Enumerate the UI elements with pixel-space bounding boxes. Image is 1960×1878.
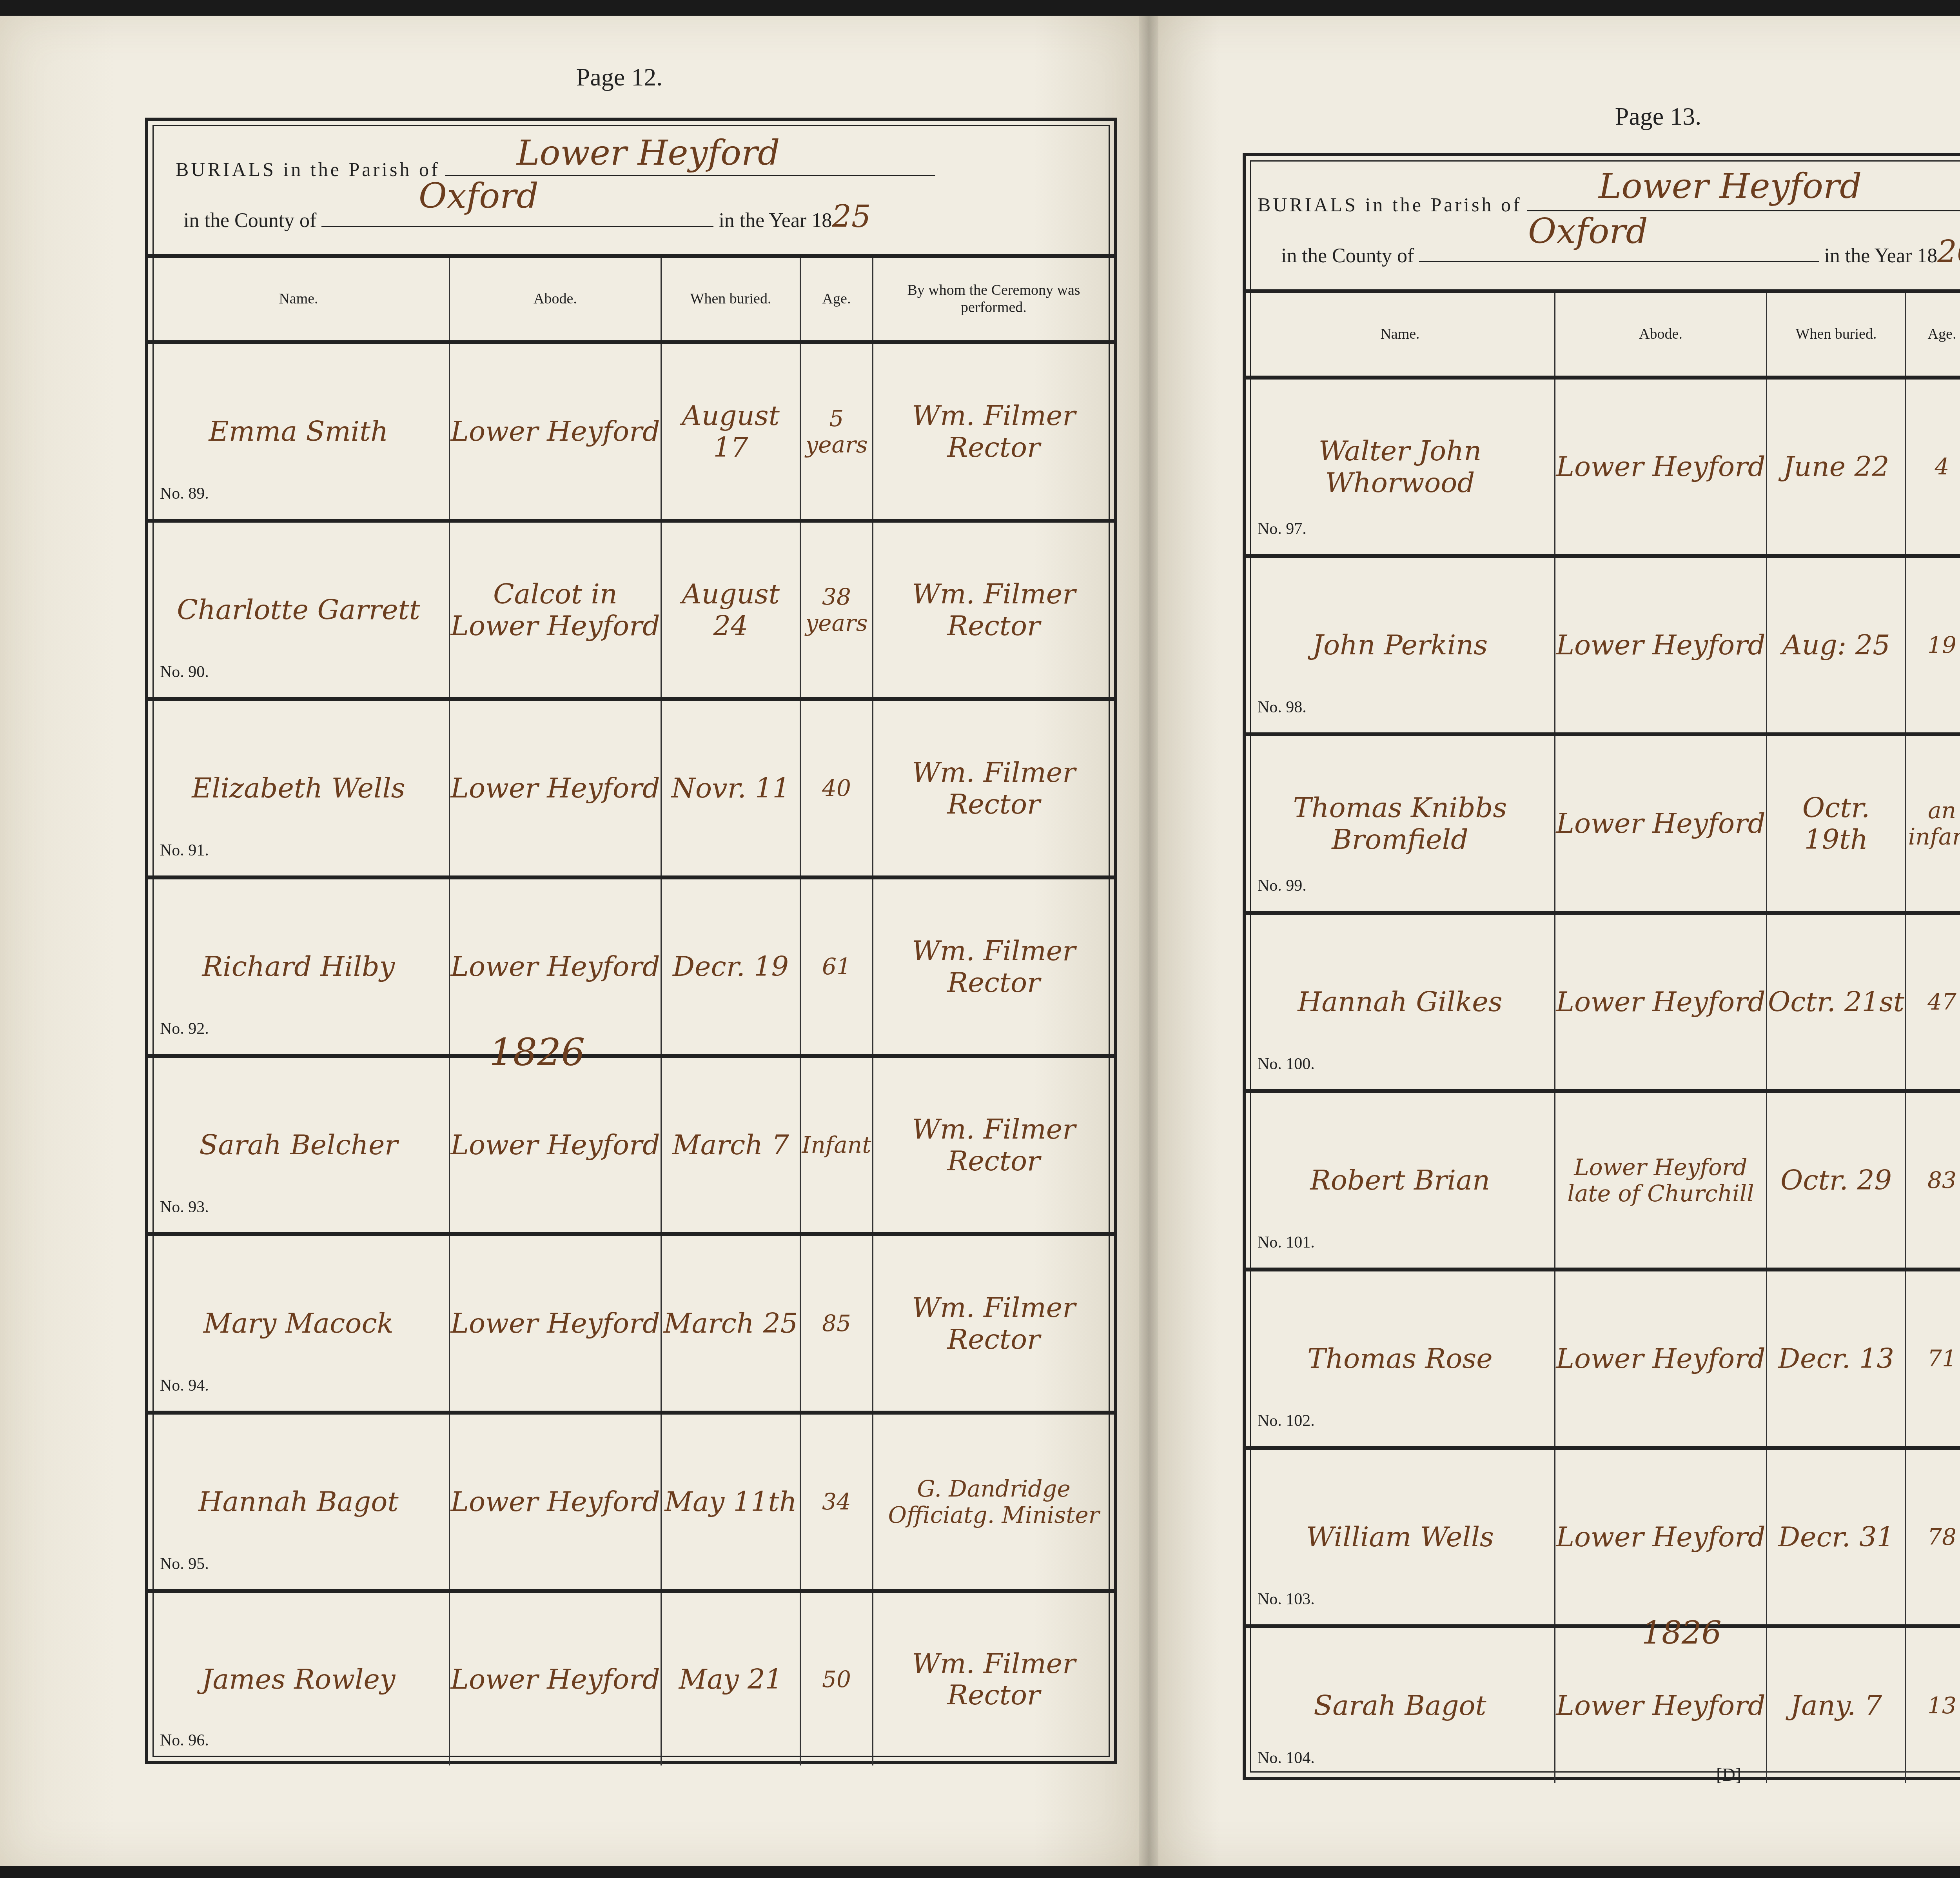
entry-officiant: Wm. Filmer Rector: [873, 578, 1114, 641]
entry-age: an infant: [1906, 797, 1960, 850]
table-row: Emma Smith No. 89. Lower Heyford August …: [148, 344, 1114, 523]
signature-mark: [D]: [1690, 1764, 1768, 1785]
parish-value: Lower Heyford: [1599, 166, 1862, 206]
entry-when-buried: Jany. 7: [1790, 1690, 1882, 1722]
entry-abode: Calcot in Lower Heyford: [450, 578, 661, 641]
entry-name: Mary Macock: [203, 1308, 394, 1339]
entry-officiant: Wm. Filmer Rector: [873, 1648, 1114, 1711]
entry-age: 83: [1927, 1167, 1956, 1193]
entry-when-buried: Decr. 19: [673, 951, 789, 983]
entry-when-buried: June 22: [1783, 451, 1889, 483]
left-page: Page 12. BURIALS in the Parish of Lower …: [0, 16, 1149, 1866]
county-label: in the County of: [1281, 245, 1414, 267]
entry-officiant: Wm. Filmer Rector: [873, 400, 1114, 463]
column-headers: Name. Abode. When buried. Age. By whom t…: [148, 258, 1114, 344]
entry-number: No. 94.: [160, 1376, 209, 1395]
entry-abode: Lower Heyford: [1556, 808, 1765, 839]
right-page: Page 13. BURIALS in the Parish of Lower …: [1149, 16, 1960, 1866]
entry-abode: Lower Heyford: [1556, 1343, 1765, 1375]
entry-when-buried: Octr. 19th: [1767, 792, 1905, 855]
entry-age: 50: [822, 1666, 851, 1693]
entry-name: Walter John Whorwood: [1246, 435, 1554, 498]
entry-name: John Perkins: [1312, 629, 1488, 661]
entry-number: No. 96.: [160, 1731, 209, 1750]
entry-name: Hannah Gilkes: [1298, 986, 1502, 1018]
table-row: John Perkins No. 98. Lower Heyford Aug: …: [1246, 558, 1960, 736]
entry-number: No. 92.: [160, 1019, 209, 1038]
parish-value: Lower Heyford: [517, 133, 780, 173]
entry-age: 78: [1927, 1524, 1956, 1550]
entry-abode: Lower Heyford: [1556, 629, 1765, 661]
column-headers: Name. Abode. When buried. Age. By whom t…: [1246, 293, 1960, 380]
entry-age: 61: [822, 954, 851, 980]
entry-name: Charlotte Garrett: [177, 594, 420, 626]
entry-officiant: G. Dandridge Officiatg. Minister: [873, 1476, 1114, 1528]
entry-age: 40: [822, 775, 851, 801]
entry-when-buried: March 25: [664, 1308, 798, 1339]
register-header: BURIALS in the Parish of Lower Heyford i…: [148, 121, 1114, 258]
table-row: Thomas Rose No. 102. Lower Heyford Decr.…: [1246, 1271, 1960, 1450]
entry-age: 4: [1935, 454, 1949, 480]
entry-when-buried: August 17: [662, 400, 800, 463]
table-row: Hannah Gilkes No. 100. Lower Heyford Oct…: [1246, 915, 1960, 1093]
entries: Walter John Whorwood No. 97. Lower Heyfo…: [1246, 380, 1960, 1777]
entry-age: 38 years: [801, 584, 872, 636]
col-when-buried: When buried.: [1767, 293, 1906, 376]
county-value: Oxford: [1528, 211, 1648, 251]
table-row: William Wells No. 103. Lower Heyford Dec…: [1246, 1450, 1960, 1628]
entry-number: No. 97.: [1258, 519, 1307, 538]
entry-abode: Lower Heyford: [450, 1129, 660, 1161]
table-row: Robert Brian No. 101. Lower Heyford late…: [1246, 1093, 1960, 1271]
entry-number: No. 93.: [160, 1198, 209, 1217]
register-header: BURIALS in the Parish of Lower Heyford i…: [1246, 156, 1960, 293]
entry-when-buried: May 21: [679, 1664, 782, 1695]
entry-officiant: Wm. Filmer Rector: [873, 757, 1114, 820]
entry-age: Infant: [802, 1132, 871, 1158]
year-value: 25: [832, 199, 871, 234]
entry-abode: Lower Heyford: [450, 416, 660, 447]
entry-name: Thomas Knibbs Bromfield: [1246, 792, 1554, 855]
table-row: Charlotte Garrett No. 90. Calcot in Lowe…: [148, 523, 1114, 701]
entry-age: 71: [1927, 1346, 1956, 1372]
entry-abode: Lower Heyford: [1556, 451, 1765, 483]
entry-age: 5 years: [801, 405, 872, 458]
entry-abode: Lower Heyford: [450, 1486, 660, 1518]
col-abode: Abode.: [450, 258, 662, 340]
entries: Emma Smith No. 89. Lower Heyford August …: [148, 344, 1114, 1761]
entry-name: Sarah Belcher: [199, 1129, 398, 1161]
page-number: Page 12.: [541, 63, 698, 92]
entry-abode: Lower Heyford: [1556, 986, 1765, 1018]
entry-abode: Lower Heyford: [450, 772, 660, 804]
entry-officiant: Wm. Filmer Rector: [873, 935, 1114, 998]
table-row: Walter John Whorwood No. 97. Lower Heyfo…: [1246, 380, 1960, 558]
entry-abode: Lower Heyford late of Churchill: [1555, 1154, 1766, 1206]
entry-abode: Lower Heyford: [450, 951, 660, 983]
parish-label: BURIALS in the Parish of: [1258, 194, 1522, 216]
burial-register-table: BURIALS in the Parish of Lower Heyford i…: [145, 118, 1117, 1764]
book-gutter: [1139, 16, 1158, 1866]
entry-number: No. 91.: [160, 841, 209, 860]
entry-age: 85: [822, 1310, 851, 1337]
entry-number: No. 99.: [1258, 876, 1307, 895]
entry-age: 34: [822, 1489, 851, 1515]
entry-name: William Wells: [1306, 1521, 1494, 1553]
entry-name: Robert Brian: [1310, 1164, 1490, 1196]
parish-label: BURIALS in the Parish of: [176, 158, 440, 180]
entry-number: No. 100.: [1258, 1055, 1315, 1073]
col-abode: Abode.: [1555, 293, 1767, 376]
entry-when-buried: Aug: 25: [1782, 629, 1890, 661]
entry-age: 19: [1927, 632, 1956, 658]
table-row: Sarah Belcher No. 93. Lower Heyford Marc…: [148, 1058, 1114, 1236]
col-name: Name.: [148, 258, 450, 340]
table-row: Sarah Bagot No. 104. Lower Heyford Jany.…: [1246, 1628, 1960, 1783]
entry-number: No. 104.: [1258, 1749, 1315, 1767]
entry-number: No. 98.: [1258, 698, 1307, 717]
col-officiant: By whom the Ceremony was performed.: [873, 258, 1114, 340]
entry-abode: Lower Heyford: [450, 1664, 660, 1695]
entry-number: No. 101.: [1258, 1233, 1315, 1252]
entry-when-buried: Octr. 29: [1780, 1164, 1892, 1196]
entry-name: Thomas Rose: [1307, 1343, 1492, 1375]
entry-when-buried: August 24: [662, 578, 800, 641]
table-row: Richard Hilby No. 92. Lower Heyford Decr…: [148, 879, 1114, 1058]
entry-abode: Lower Heyford: [1556, 1690, 1765, 1722]
table-row: Thomas Knibbs Bromfield No. 99. Lower He…: [1246, 736, 1960, 915]
county-label: in the County of: [183, 209, 316, 232]
entry-name: Richard Hilby: [202, 951, 395, 983]
entry-name: Emma Smith: [209, 416, 388, 447]
entry-name: Sarah Bagot: [1314, 1690, 1486, 1722]
entry-when-buried: Decr. 13: [1778, 1343, 1894, 1375]
entry-officiant: Wm. Filmer Rector: [873, 1113, 1114, 1177]
entry-when-buried: Octr. 21st: [1768, 986, 1904, 1018]
entry-when-buried: Novr. 11: [671, 772, 790, 804]
table-row: Mary Macock No. 94. Lower Heyford March …: [148, 1236, 1114, 1415]
entry-name: Hannah Bagot: [198, 1486, 398, 1518]
entry-when-buried: Decr. 31: [1778, 1521, 1894, 1553]
entry-age: 13: [1927, 1693, 1956, 1719]
year-value: 26: [1937, 234, 1960, 270]
table-row: Elizabeth Wells No. 91. Lower Heyford No…: [148, 701, 1114, 879]
entry-number: No. 89.: [160, 484, 209, 503]
entry-number: No. 103.: [1258, 1590, 1315, 1609]
entry-when-buried: May 11th: [664, 1486, 797, 1518]
entry-officiant: Wm. Filmer Rector: [873, 1292, 1114, 1355]
entry-name: Elizabeth Wells: [192, 772, 405, 804]
entry-number: No. 90.: [160, 663, 209, 681]
year-label: in the Year 18: [719, 209, 832, 232]
entry-number: No. 95.: [160, 1555, 209, 1573]
entry-number: No. 102.: [1258, 1411, 1315, 1430]
entry-abode: Lower Heyford: [450, 1308, 660, 1339]
table-row: James Rowley No. 96. Lower Heyford May 2…: [148, 1593, 1114, 1765]
burial-register-table: BURIALS in the Parish of Lower Heyford i…: [1243, 153, 1960, 1780]
col-name: Name.: [1246, 293, 1555, 376]
county-value: Oxford: [419, 176, 539, 216]
year-label: in the Year 18: [1824, 245, 1937, 267]
page-number: Page 13.: [1580, 102, 1737, 131]
entry-when-buried: March 7: [672, 1129, 789, 1161]
entry-abode: Lower Heyford: [1556, 1521, 1765, 1553]
col-age: Age.: [1906, 293, 1960, 376]
table-row: Hannah Bagot No. 95. Lower Heyford May 1…: [148, 1415, 1114, 1593]
col-when-buried: When buried.: [662, 258, 801, 340]
entry-name: James Rowley: [202, 1664, 396, 1695]
entry-age: 47: [1927, 989, 1956, 1015]
col-age: Age.: [801, 258, 873, 340]
